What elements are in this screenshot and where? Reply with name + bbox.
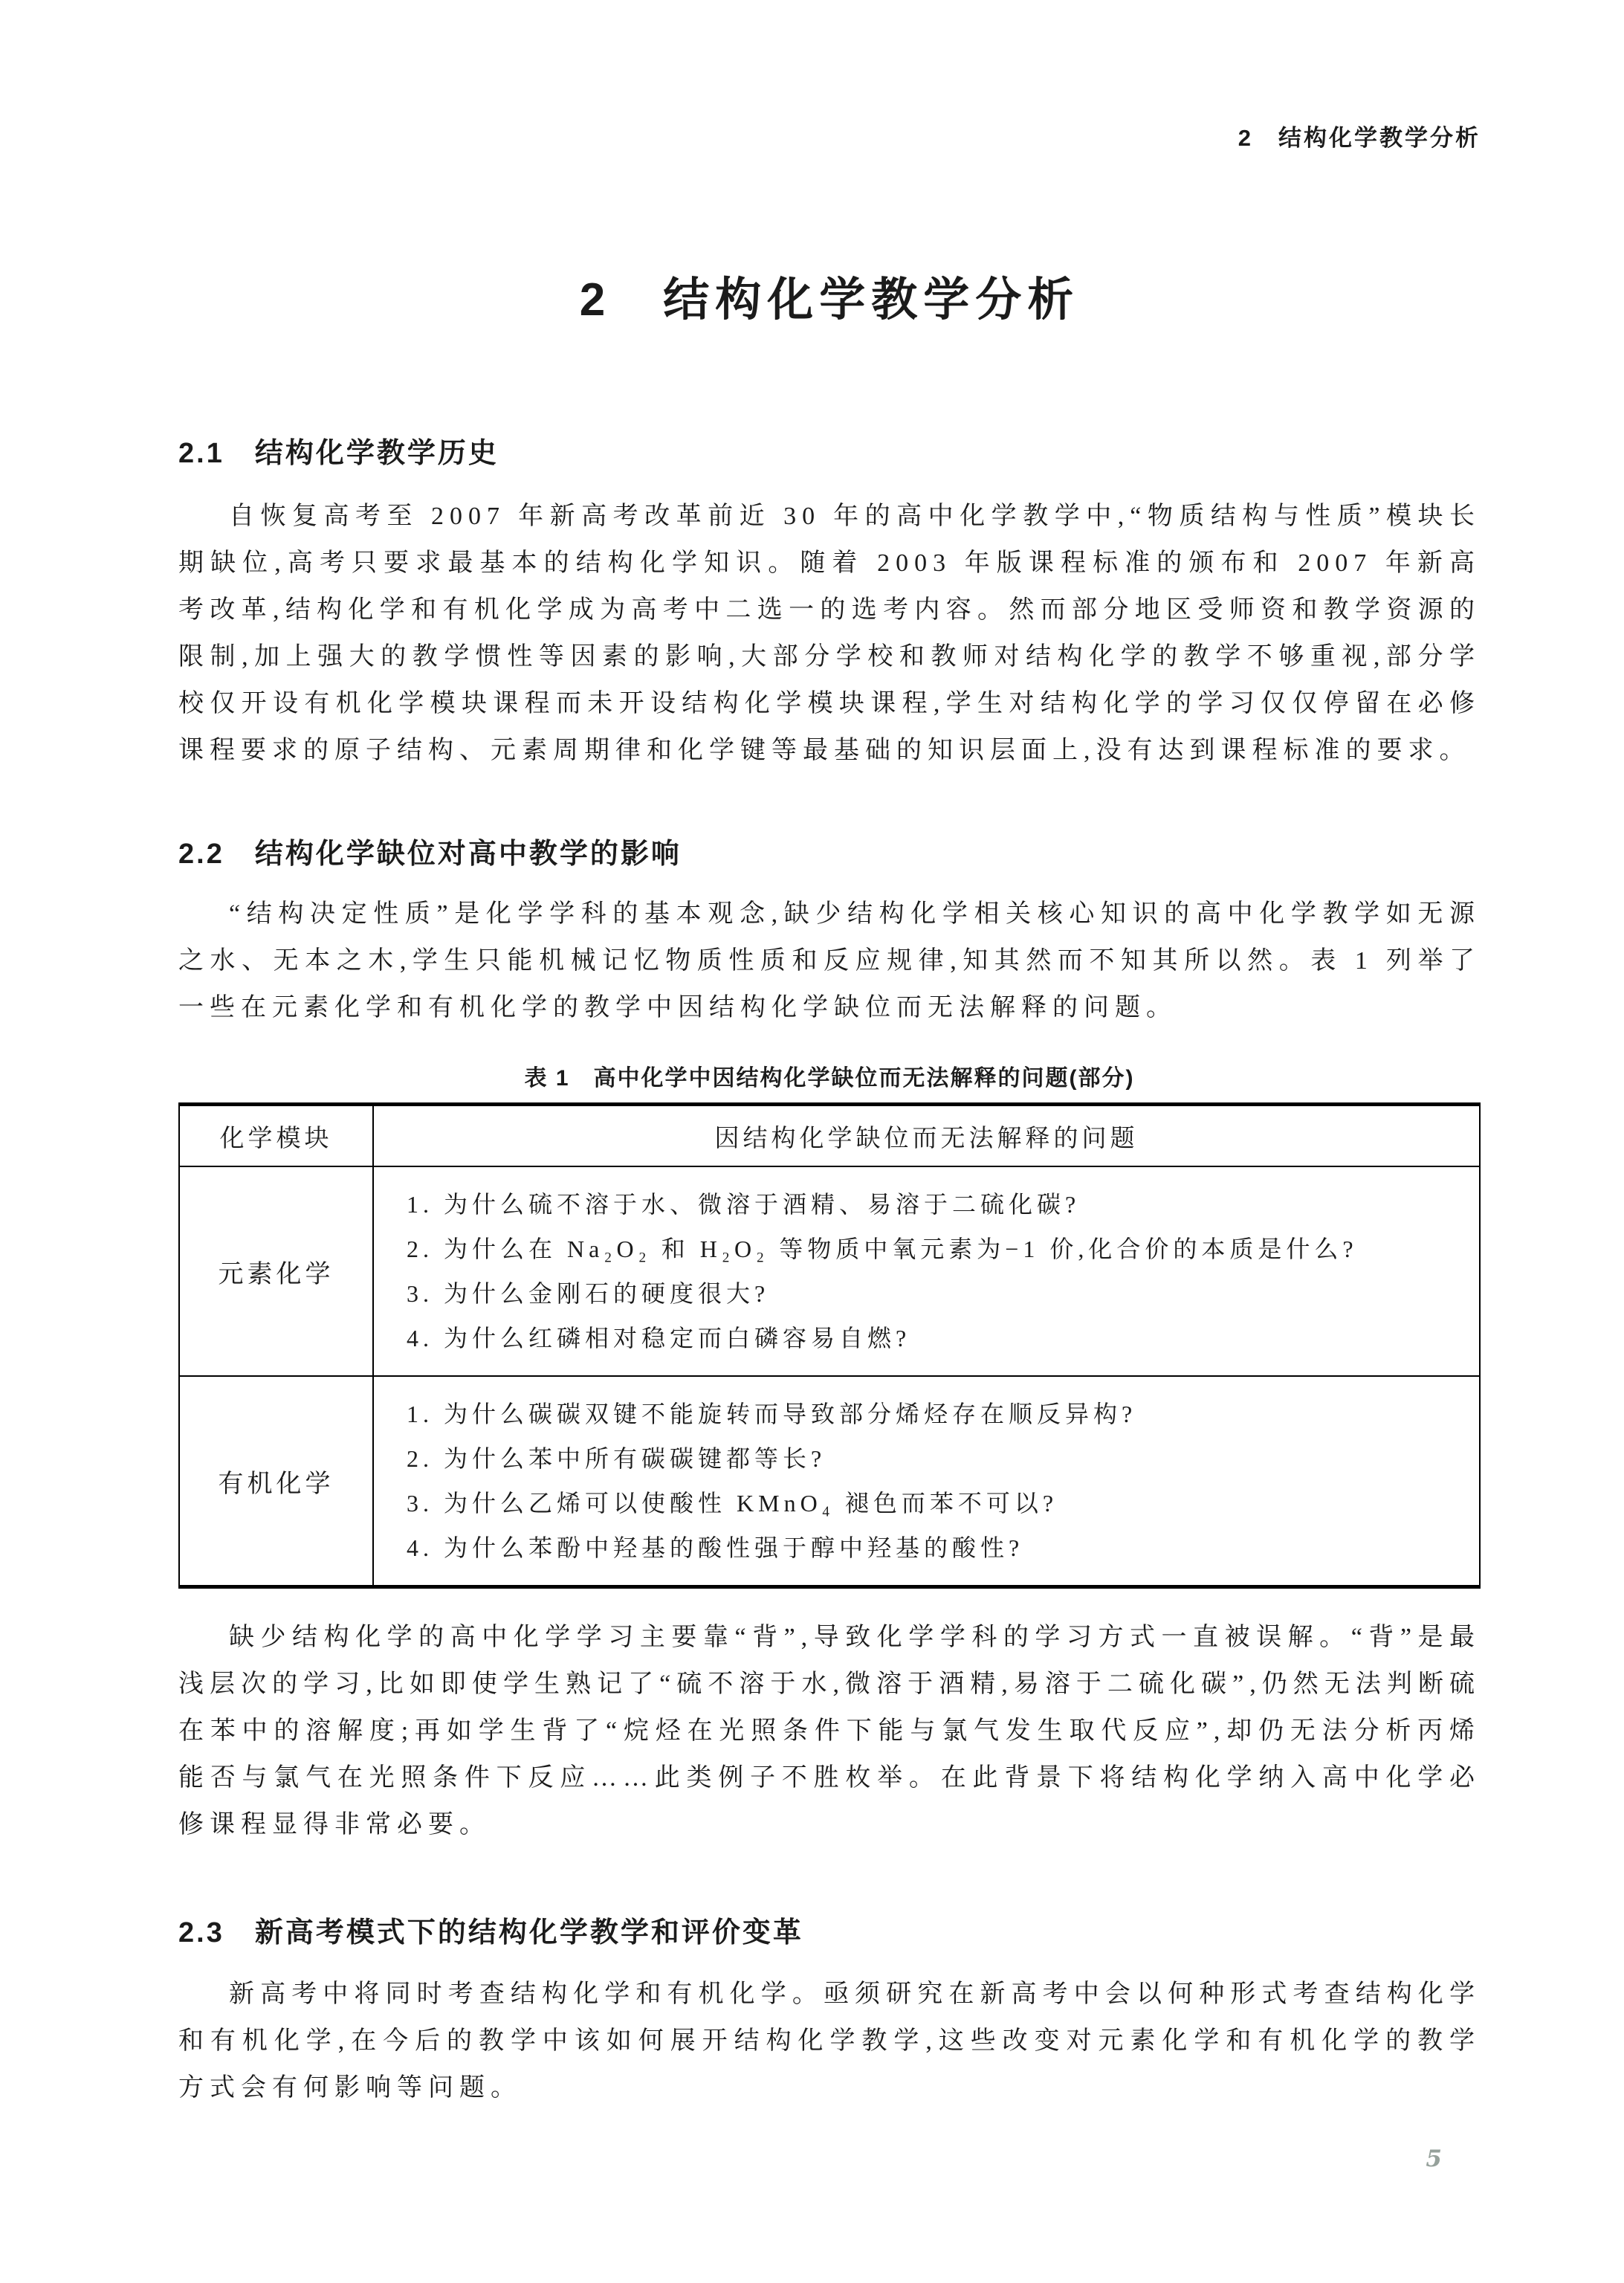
question-item: 1. 为什么硫不溶于水、微溶于酒精、易溶于二硫化碳? [407, 1182, 1466, 1227]
page-number: 5 [178, 2145, 1481, 2172]
table-caption: 表 1 高中化学中因结构化学缺位而无法解释的问题(部分) [178, 1059, 1481, 1092]
question-item: 2. 为什么苯中所有碳碳键都等长? [407, 1436, 1466, 1481]
table-row-organic-chemistry: 有机化学 1. 为什么碳碳双键不能旋转而导致部分烯烃存在顺反异构? 2. 为什么… [179, 1376, 1480, 1587]
paragraph-impact-intro: “结构决定性质”是化学学科的基本观念,缺少结构化学相关核心知识的高中化学教学如无… [178, 891, 1481, 1031]
question-item: 4. 为什么红磷相对稳定而白磷容易自燃? [407, 1316, 1466, 1360]
paragraph-new-gaokao: 新高考中将同时考查结构化学和有机化学。亟须研究在新高考中会以何种形式考查结构化学… [178, 1971, 1481, 2111]
paragraph-history: 自恢复高考至 2007 年新高考改革前近 30 年的高中化学教学中,“物质结构与… [178, 493, 1481, 774]
questions-cell: 1. 为什么碳碳双键不能旋转而导致部分烯烃存在顺反异构? 2. 为什么苯中所有碳… [373, 1376, 1480, 1587]
table-row-element-chemistry: 元素化学 1. 为什么硫不溶于水、微溶于酒精、易溶于二硫化碳? 2. 为什么在 … [179, 1166, 1480, 1376]
module-cell: 元素化学 [179, 1166, 373, 1376]
question-item: 3. 为什么金刚石的硬度很大? [407, 1271, 1466, 1316]
question-item: 2. 为什么在 Na₂O₂ 和 H₂O₂ 等物质中氧元素为−1 价,化合价的本质… [407, 1227, 1466, 1271]
questions-cell: 1. 为什么硫不溶于水、微溶于酒精、易溶于二硫化碳? 2. 为什么在 Na₂O₂… [373, 1166, 1480, 1376]
module-cell: 有机化学 [179, 1376, 373, 1587]
section-heading-2-3: 2.3 新高考模式下的结构化学教学和评价变革 [178, 1909, 1481, 1950]
question-item: 3. 为什么乙烯可以使酸性 KMnO₄ 褪色而苯不可以? [407, 1481, 1466, 1525]
document-page: 2 结构化学教学分析 2 结构化学教学分析 2.1 结构化学教学历史 自恢复高考… [0, 0, 1624, 2283]
table-header-questions: 因结构化学缺位而无法解释的问题 [373, 1105, 1480, 1167]
chapter-title: 2 结构化学教学分析 [178, 262, 1481, 329]
section-heading-2-1: 2.1 结构化学教学历史 [178, 430, 1481, 471]
table-header-module: 化学模块 [179, 1105, 373, 1167]
question-item: 4. 为什么苯酚中羟基的酸性强于醇中羟基的酸性? [407, 1525, 1466, 1570]
section-heading-2-2: 2.2 结构化学缺位对高中教学的影响 [178, 830, 1481, 871]
question-item: 1. 为什么碳碳双键不能旋转而导致部分烯烃存在顺反异构? [407, 1392, 1466, 1436]
paragraph-impact-discussion: 缺少结构化学的高中化学学习主要靠“背”,导致化学学科的学习方式一直被误解。“背”… [178, 1614, 1481, 1848]
table-header-row: 化学模块 因结构化学缺位而无法解释的问题 [179, 1105, 1480, 1167]
table-1: 化学模块 因结构化学缺位而无法解释的问题 元素化学 1. 为什么硫不溶于水、微溶… [178, 1102, 1481, 1589]
running-header: 2 结构化学教学分析 [178, 0, 1481, 152]
